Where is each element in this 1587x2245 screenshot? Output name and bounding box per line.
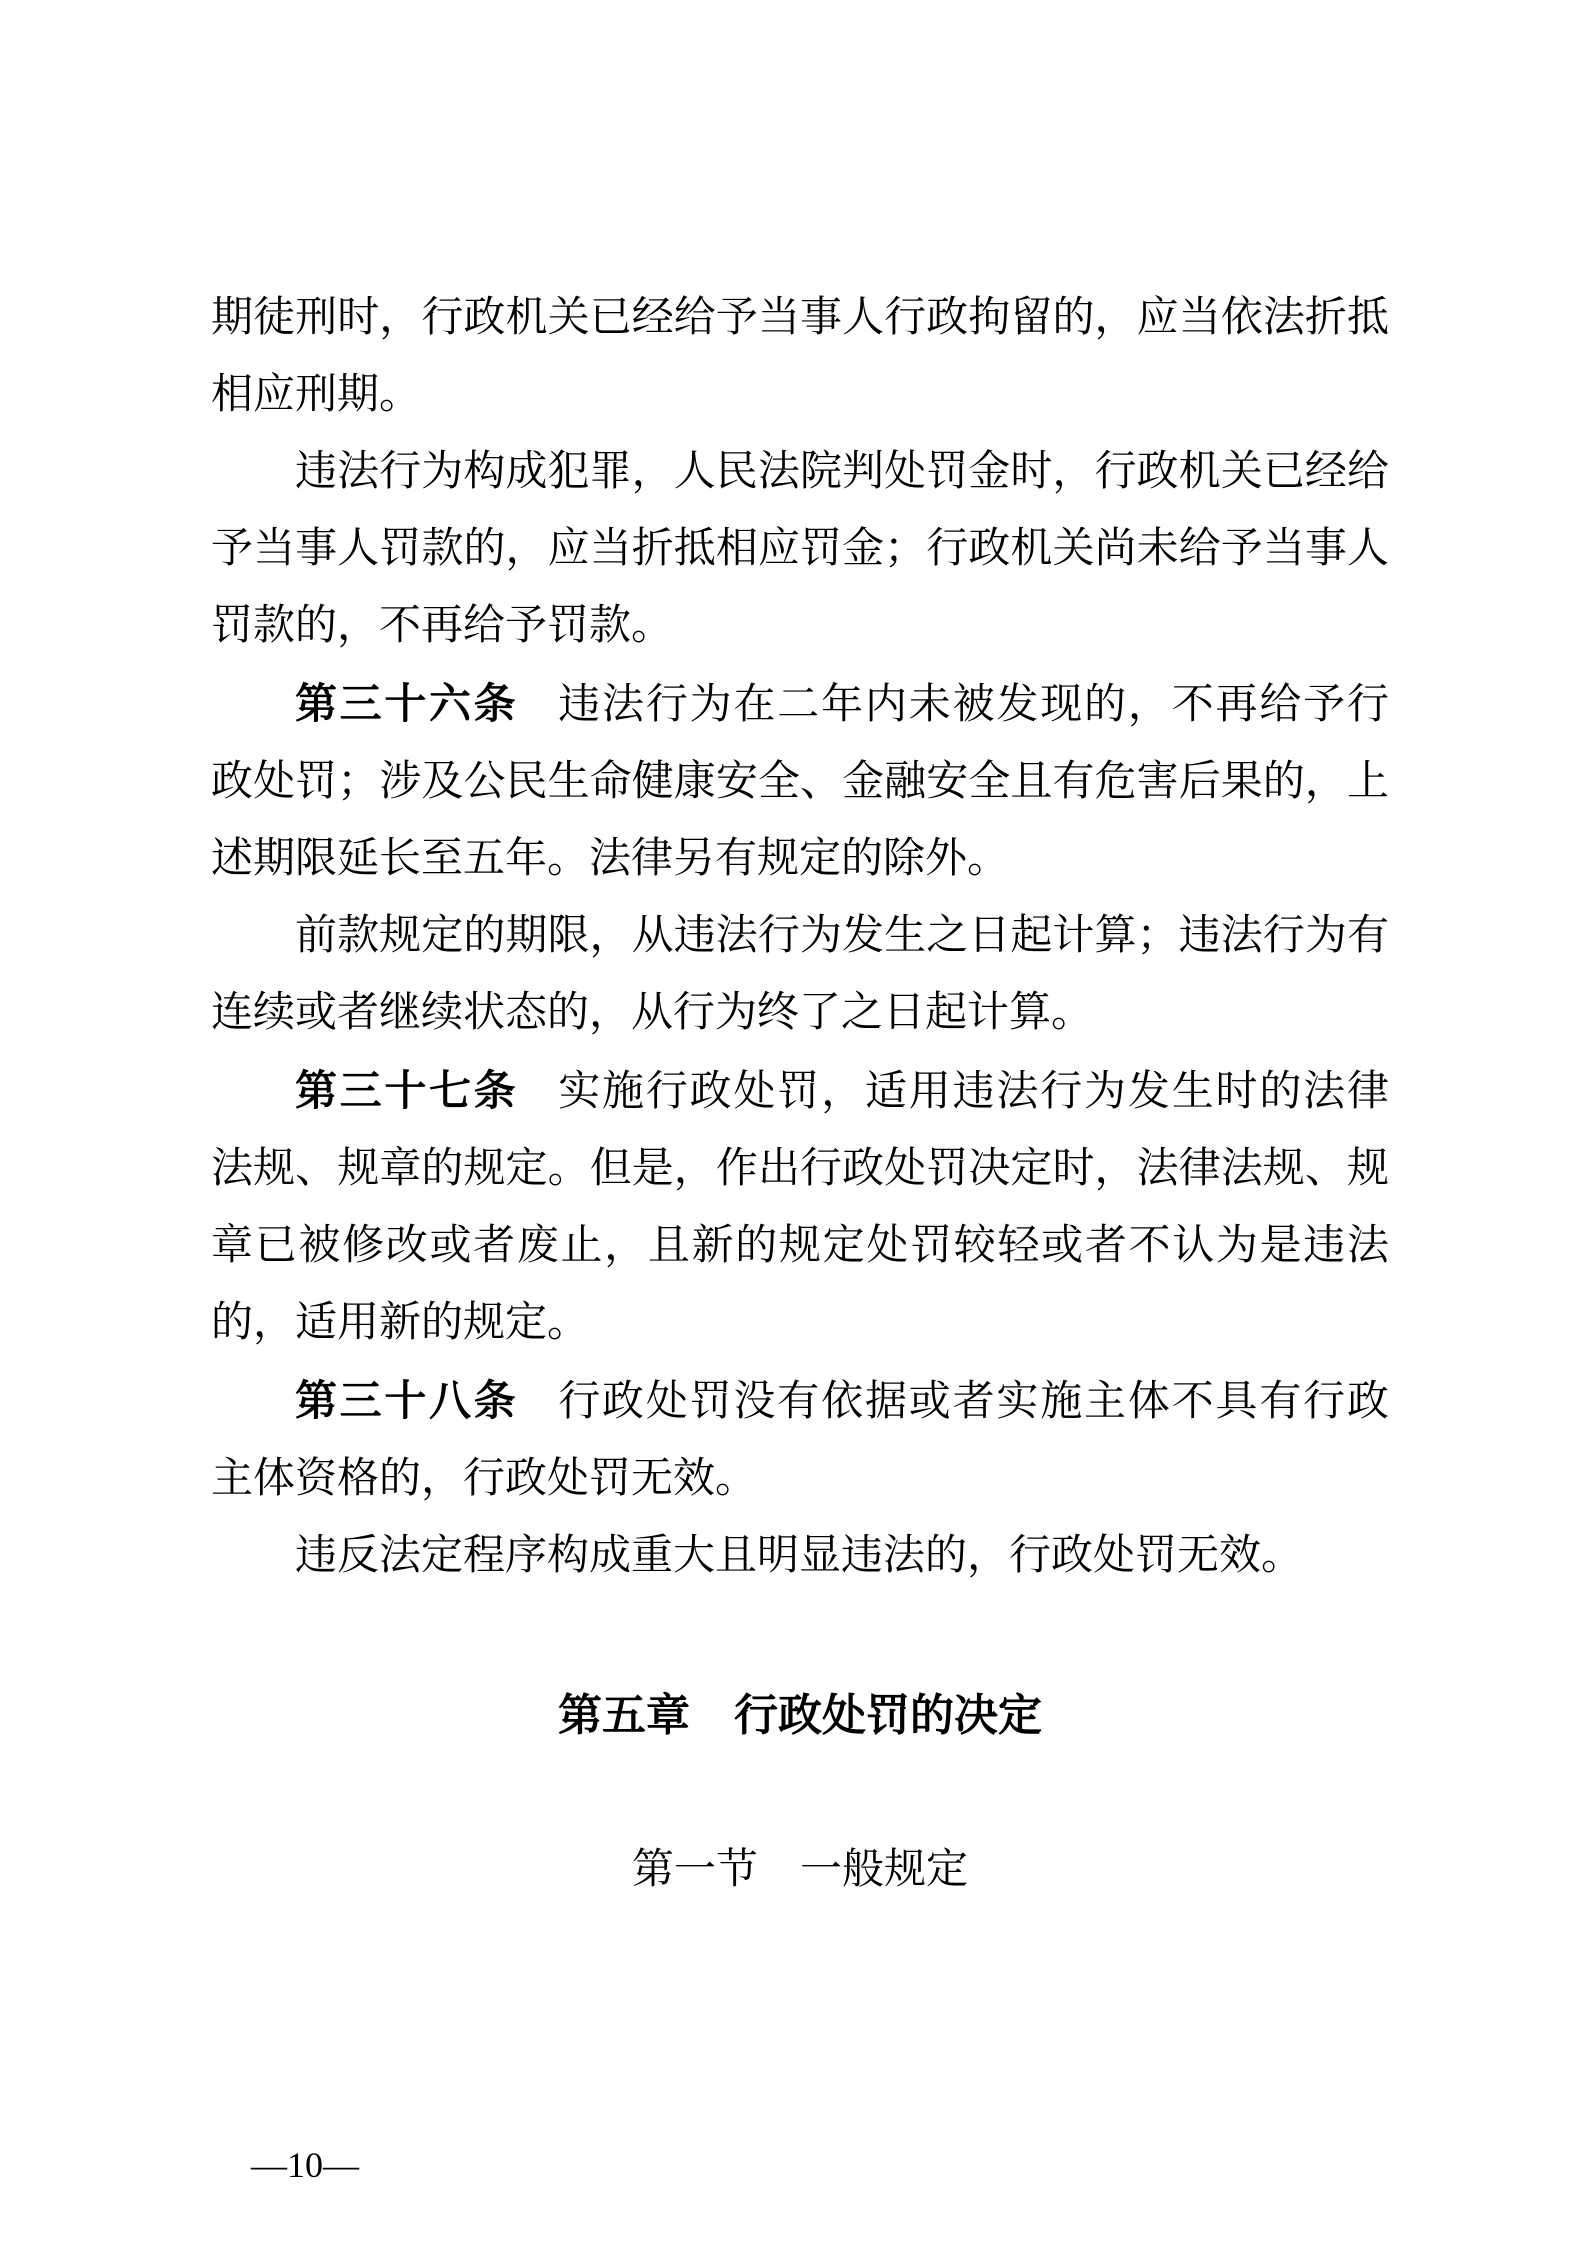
document-page: 期徒刑时，行政机关已经给予当事人行政拘留的，应当依法折抵相应刑期。 违法行为构成…	[0, 0, 1587, 2245]
document-body: 期徒刑时，行政机关已经给予当事人行政拘留的，应当依法折抵相应刑期。 违法行为构成…	[211, 280, 1389, 1909]
paragraph-7: 违反法定程序构成重大且明显违法的，行政处罚无效。	[211, 1518, 1389, 1595]
paragraph-article-38: 第三十八条行政处罚没有依据或者实施主体不具有行政主体资格的，行政处罚无效。	[211, 1362, 1389, 1518]
article-number-label: 第三十七条	[295, 1067, 518, 1114]
section-heading: 第一节一般规定	[211, 1832, 1389, 1909]
paragraph-4: 前款规定的期限，从违法行为发生之日起计算；违法行为有连续或者继续状态的，从行为终…	[211, 898, 1389, 1052]
section-title: 一般规定	[800, 1847, 968, 1893]
section-number: 第一节	[632, 1847, 758, 1893]
chapter-heading: 第五章行政处罚的决定	[211, 1677, 1389, 1754]
paragraph-continuation: 期徒刑时，行政机关已经给予当事人行政拘留的，应当依法折抵相应刑期。	[211, 280, 1389, 434]
article-number-label: 第三十八条	[295, 1377, 518, 1424]
paragraph-article-37: 第三十七条实施行政处罚，适用违法行为发生时的法律法规、规章的规定。但是，作出行政…	[211, 1052, 1389, 1362]
article-number-label: 第三十六条	[295, 680, 518, 727]
paragraph-text: 违法行为构成犯罪，人民法院判处罚金时，行政机关已经给予当事人罚款的，应当折抵相应…	[211, 449, 1389, 649]
paragraph-text: 前款规定的期限，从违法行为发生之日起计算；违法行为有连续或者继续状态的，从行为终…	[211, 913, 1389, 1036]
chapter-number: 第五章	[558, 1691, 690, 1740]
paragraph-2: 违法行为构成犯罪，人民法院判处罚金时，行政机关已经给予当事人罚款的，应当折抵相应…	[211, 434, 1389, 665]
paragraph-text: 期徒刑时，行政机关已经给予当事人行政拘留的，应当依法折抵相应刑期。	[211, 295, 1389, 418]
paragraph-article-36: 第三十六条违法行为在二年内未被发现的，不再给予行政处罚；涉及公民生命健康安全、金…	[211, 665, 1389, 898]
paragraph-text: 违反法定程序构成重大且明显违法的，行政处罚无效。	[295, 1533, 1303, 1579]
chapter-title: 行政处罚的决定	[734, 1691, 1042, 1740]
page-number: —10—	[251, 2147, 359, 2183]
